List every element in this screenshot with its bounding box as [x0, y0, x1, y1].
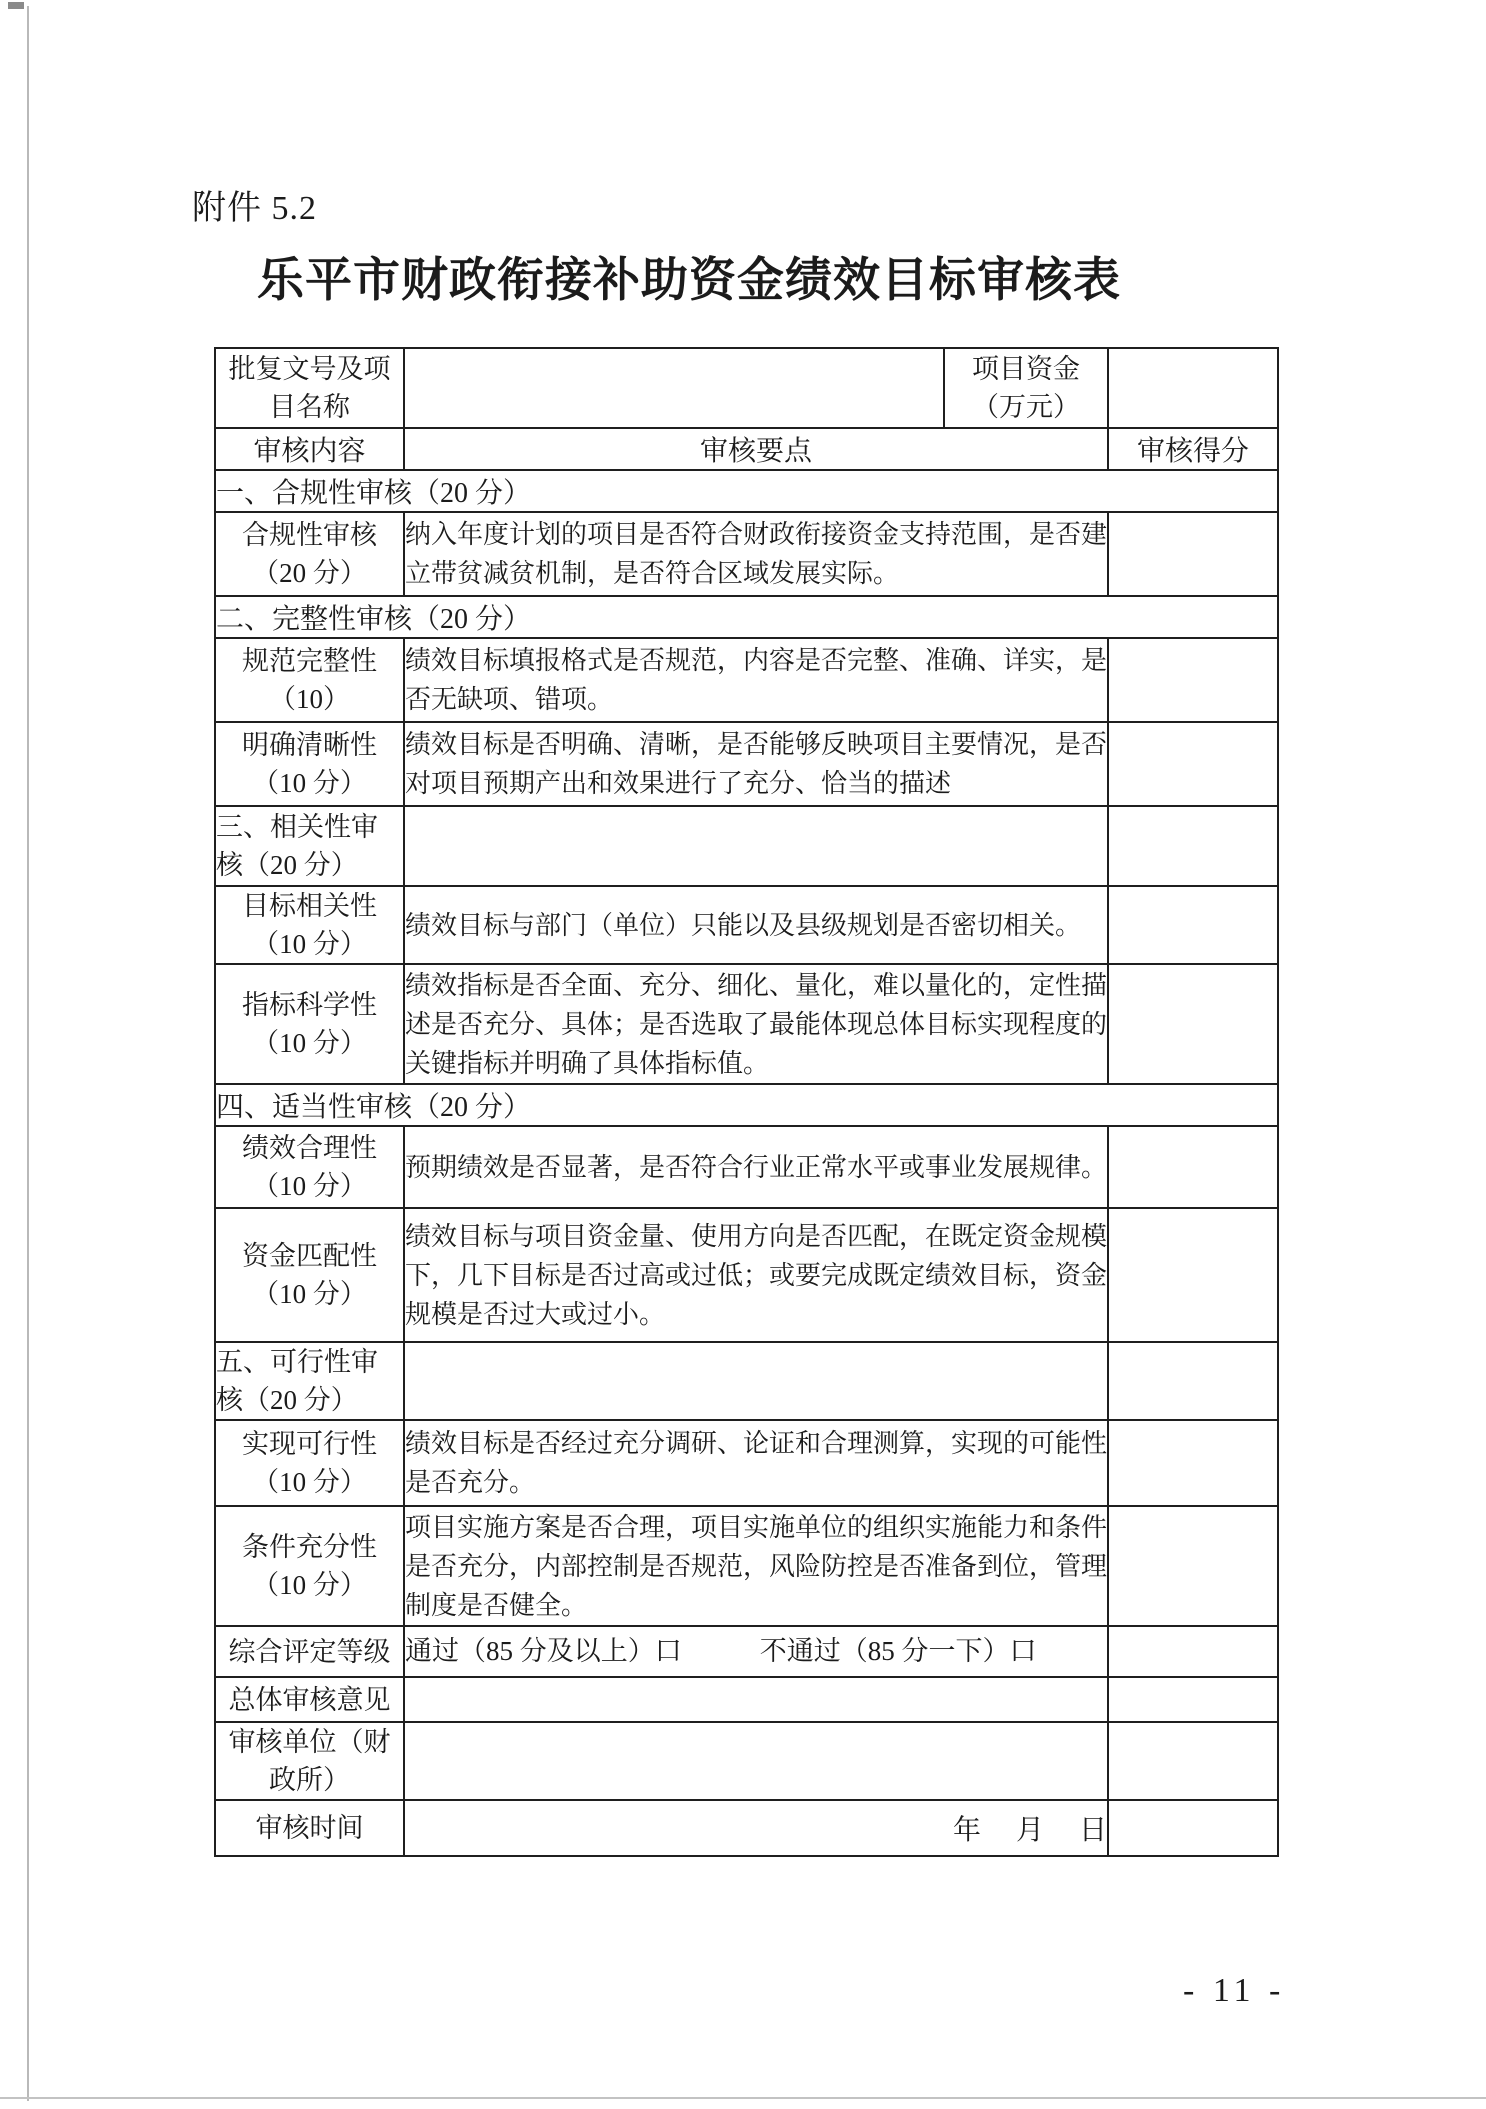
criterion-points: 绩效目标与项目资金量、使用方向是否匹配，在既定资金规模下，几下目标是否过高或过低…: [404, 1208, 1108, 1342]
criterion-points: 项目实施方案是否合理，项目实施单位的组织实施能力和条件是否充分，内部控制是否规范…: [404, 1506, 1108, 1626]
scan-edge-bottom: [0, 2097, 1486, 2099]
criterion-label: 实现可行性 （10 分）: [215, 1420, 404, 1506]
review-content-header: 审核内容: [215, 428, 404, 470]
criterion-label: 规范完整性 （10）: [215, 638, 404, 722]
score-cell: [1108, 1342, 1278, 1420]
empty-points-cell: [404, 806, 1108, 886]
review-date-label: 审核时间: [215, 1800, 404, 1856]
score-cell: [1108, 1677, 1278, 1722]
score-cell: [1108, 512, 1278, 596]
criterion-points: 纳入年度计划的项目是否符合财政衔接资金支持范围，是否建立带贫减贫机制，是否符合区…: [404, 512, 1108, 596]
pass-option-checkbox: 通过（85 分及以上）口: [405, 1636, 682, 1666]
criterion-label: 明确清晰性 （10 分）: [215, 722, 404, 806]
criterion-label: 合规性审核 （20 分）: [215, 512, 404, 596]
score-cell: [1108, 638, 1278, 722]
score-cell: [1108, 964, 1278, 1084]
score-cell: [1108, 806, 1278, 886]
overall-rating-options: 通过（85 分及以上）口不通过（85 分一下）口: [404, 1626, 1108, 1677]
criterion-points: 预期绩效是否显著，是否符合行业正常水平或事业发展规律。: [404, 1126, 1108, 1208]
review-score-header: 审核得分: [1108, 428, 1278, 470]
criterion-label: 条件充分性 （10 分）: [215, 1506, 404, 1626]
scan-edge-left: [27, 6, 29, 2101]
criterion-points: 绩效目标是否经过充分调研、论证和合理测算，实现的可能性是否充分。: [404, 1420, 1108, 1506]
score-cell: [1108, 1722, 1278, 1800]
score-cell: [1108, 886, 1278, 964]
criterion-label: 指标科学性 （10 分）: [215, 964, 404, 1084]
criterion-label: 资金匹配性 （10 分）: [215, 1208, 404, 1342]
overall-opinion-label: 总体审核意见: [215, 1677, 404, 1722]
score-cell: [1108, 722, 1278, 806]
criterion-points: 绩效目标填报格式是否规范，内容是否完整、准确、详实，是否无缺项、错项。: [404, 638, 1108, 722]
score-cell: [1108, 1126, 1278, 1208]
section-appropriateness-header: 四、适当性审核（20 分）: [215, 1084, 1278, 1126]
score-cell: [1108, 1208, 1278, 1342]
overall-rating-label: 综合评定等级: [215, 1626, 404, 1677]
criterion-points: 绩效指标是否全面、充分、细化、量化，难以量化的，定性描述是否充分、具体；是否选取…: [404, 964, 1108, 1084]
criterion-points: 绩效目标与部门（单位）只能以及县级规划是否密切相关。: [404, 886, 1108, 964]
review-unit-value-cell: [404, 1722, 1108, 1800]
page-title: 乐平市财政衔接补助资金绩效目标审核表: [189, 243, 1189, 310]
approval-doc-project-name-label: 批复文号及项 目名称: [215, 348, 404, 428]
review-points-header: 审核要点: [404, 428, 1108, 470]
score-cell: [1108, 1800, 1278, 1856]
attachment-label: 附件 5.2: [192, 180, 317, 229]
section-completeness-header: 二、完整性审核（20 分）: [215, 596, 1278, 638]
project-fund-value-cell: [1108, 348, 1278, 428]
score-cell: [1108, 1626, 1278, 1677]
criterion-label: 目标相关性 （10 分）: [215, 886, 404, 964]
fail-option-checkbox: 不通过（85 分一下）口: [760, 1636, 1037, 1666]
overall-opinion-value-cell: [404, 1677, 1108, 1722]
page-number: - 11 -: [1183, 1972, 1285, 2010]
section-compliance-header: 一、合规性审核（20 分）: [215, 470, 1278, 512]
score-cell: [1108, 1506, 1278, 1626]
empty-points-cell: [404, 1342, 1108, 1420]
approval-doc-project-name-value-cell: [404, 348, 944, 428]
section-feasibility-header: 五、可行性审 核（20 分）: [215, 1342, 404, 1420]
review-date-value: 年 月 日: [404, 1800, 1108, 1856]
project-fund-label: 项目资金 （万元）: [944, 348, 1108, 428]
criterion-points: 绩效目标是否明确、清晰，是否能够反映项目主要情况，是否对项目预期产出和效果进行了…: [404, 722, 1108, 806]
section-relevance-header: 三、相关性审 核（20 分）: [215, 806, 404, 886]
review-form-table: 批复文号及项 目名称 项目资金 （万元） 审核内容 审核要点 审核得分 一、合规…: [214, 347, 1279, 1857]
review-unit-label: 审核单位（财 政所）: [215, 1722, 404, 1800]
scan-corner-mark: [8, 2, 24, 9]
score-cell: [1108, 1420, 1278, 1506]
criterion-label: 绩效合理性 （10 分）: [215, 1126, 404, 1208]
